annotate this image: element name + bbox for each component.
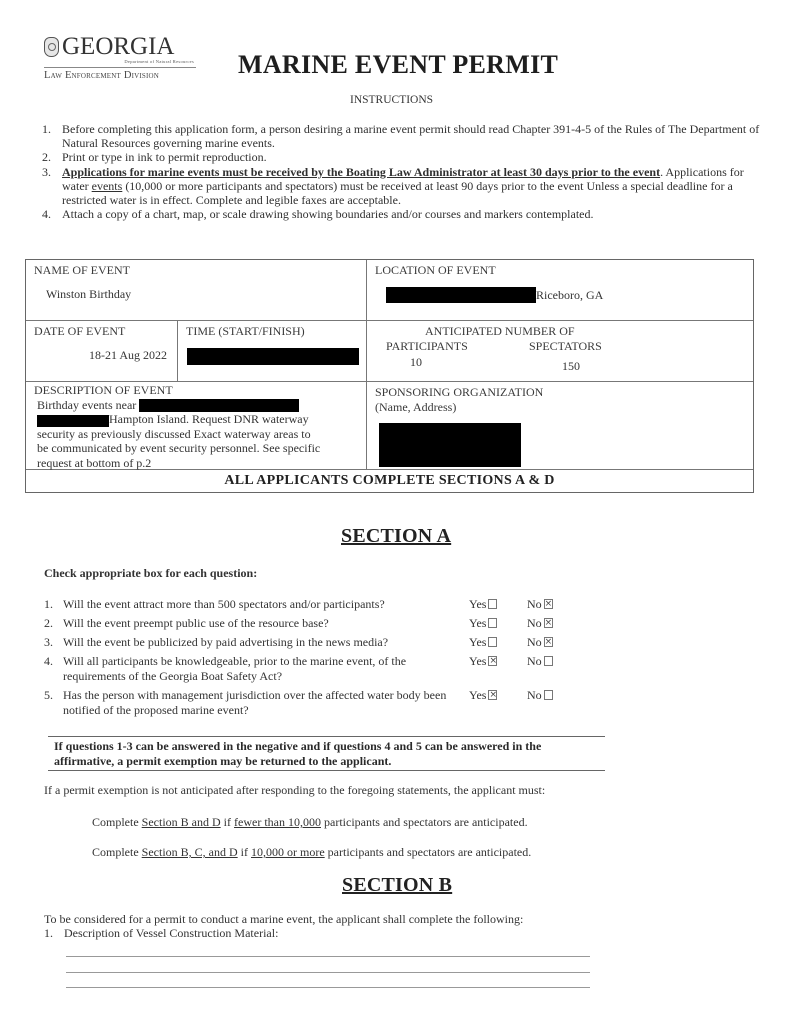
logo-division: Law Enforcement Division bbox=[44, 70, 196, 81]
georgia-dnr-logo: GEORGIA Department of Natural Resources … bbox=[44, 36, 196, 81]
question-row: 5.Has the person with management jurisdi… bbox=[44, 688, 604, 718]
no-label: No bbox=[527, 597, 542, 612]
question-text: Will the event be publicized by paid adv… bbox=[63, 635, 469, 650]
instruction-number: 3. bbox=[42, 165, 62, 208]
question-row: 2.Will the event preempt public use of t… bbox=[44, 616, 604, 631]
spectators-value: 150 bbox=[562, 359, 580, 374]
question-row: 1.Will the event attract more than 500 s… bbox=[44, 597, 604, 612]
complete-mid: if bbox=[238, 845, 251, 859]
table-row: NAME OF EVENT Winston Birthday LOCATION … bbox=[26, 260, 753, 321]
name-of-event-cell[interactable]: NAME OF EVENT Winston Birthday bbox=[26, 260, 367, 320]
instruction-text: Attach a copy of a chart, map, or scale … bbox=[62, 207, 594, 221]
no-label: No bbox=[527, 635, 542, 650]
anticipated-label: ANTICIPATED NUMBER OF bbox=[425, 324, 745, 339]
yes-label: Yes bbox=[469, 654, 486, 669]
yes-label: Yes bbox=[469, 635, 486, 650]
yes-option[interactable]: Yes bbox=[469, 597, 527, 612]
question-text: Will the event preempt public use of the… bbox=[63, 616, 469, 631]
location-of-event-label: LOCATION OF EVENT bbox=[375, 263, 745, 278]
description-cell[interactable]: DESCRIPTION OF EVENT Birthday events nea… bbox=[26, 382, 367, 469]
yes-option[interactable]: Yes bbox=[469, 616, 527, 631]
sections-link: Section B, C, and D bbox=[142, 845, 238, 859]
no-label: No bbox=[527, 616, 542, 631]
instruction-number: 4. bbox=[42, 207, 62, 221]
item-number: 1. bbox=[44, 926, 64, 940]
complete-b-d-text: Complete Section B and D if fewer than 1… bbox=[92, 815, 528, 830]
yes-option[interactable]: Yes× bbox=[469, 654, 527, 684]
instruction-number: 1. bbox=[42, 122, 62, 150]
question-number: 1. bbox=[44, 597, 63, 612]
instructions-heading: INSTRUCTIONS bbox=[350, 94, 433, 106]
name-of-event-value: Winston Birthday bbox=[46, 287, 358, 302]
section-b-intro-text: To be considered for a permit to conduct… bbox=[44, 912, 523, 926]
sponsoring-redaction bbox=[379, 423, 521, 467]
complete-suffix: participants and spectators are anticipa… bbox=[321, 815, 528, 829]
description-line-1: Birthday events near bbox=[37, 398, 136, 412]
yes-option[interactable]: Yes× bbox=[469, 688, 527, 718]
yes-no-group: Yes×No bbox=[469, 688, 604, 718]
empty-box-icon[interactable] bbox=[544, 656, 553, 666]
section-b-intro: To be considered for a permit to conduct… bbox=[44, 912, 523, 940]
question-row: 4.Will all participants be knowledgeable… bbox=[44, 654, 604, 684]
question-row: 3.Will the event be publicized by paid a… bbox=[44, 635, 604, 650]
sponsoring-sublabel: (Name, Address) bbox=[375, 400, 745, 415]
date-of-event-cell[interactable]: DATE OF EVENT 18-21 Aug 2022 bbox=[26, 321, 178, 381]
description-redaction-2 bbox=[37, 415, 109, 427]
section-a-questions: 1.Will the event attract more than 500 s… bbox=[44, 597, 604, 722]
instruction-item: 4.Attach a copy of a chart, map, or scal… bbox=[42, 207, 762, 221]
checked-box-icon[interactable]: × bbox=[488, 690, 497, 700]
table-row: ALL APPLICANTS COMPLETE SECTIONS A & D bbox=[26, 470, 753, 492]
question-number: 5. bbox=[44, 688, 63, 718]
empty-box-icon[interactable] bbox=[488, 599, 497, 609]
condition-text: 10,000 or more bbox=[251, 845, 325, 859]
instructions-list: 1.Before completing this application for… bbox=[42, 122, 762, 221]
yes-label: Yes bbox=[469, 616, 486, 631]
location-redaction bbox=[386, 287, 536, 303]
question-text: Has the person with management jurisdict… bbox=[63, 688, 469, 718]
checked-box-icon[interactable]: × bbox=[544, 637, 553, 647]
yes-no-group: Yes×No bbox=[469, 654, 604, 684]
logo-name: GEORGIA bbox=[62, 36, 175, 58]
no-label: No bbox=[527, 654, 542, 669]
name-of-event-label: NAME OF EVENT bbox=[34, 263, 358, 278]
instruction-item: 2.Print or type in ink to permit reprodu… bbox=[42, 150, 762, 164]
description-label: DESCRIPTION OF EVENT bbox=[34, 383, 358, 398]
description-line-4: be communicated by event security person… bbox=[37, 441, 358, 456]
question-number: 3. bbox=[44, 635, 63, 650]
instruction-text-part: events bbox=[92, 179, 123, 193]
complete-prefix: Complete bbox=[92, 815, 142, 829]
description-line-5: request at bottom of p.2 bbox=[37, 456, 358, 471]
yes-label: Yes bbox=[469, 688, 486, 703]
complete-prefix: Complete bbox=[92, 845, 142, 859]
spectators-label: SPECTATORS bbox=[529, 339, 602, 354]
vessel-material-line-2[interactable] bbox=[66, 972, 590, 973]
instruction-text-part: (10,000 or more participants and spectat… bbox=[62, 179, 733, 207]
empty-box-icon[interactable] bbox=[544, 690, 553, 700]
complete-mid: if bbox=[221, 815, 234, 829]
question-number: 4. bbox=[44, 654, 63, 684]
empty-box-icon[interactable] bbox=[488, 637, 497, 647]
time-redaction bbox=[187, 348, 359, 365]
description-line-2: Hampton Island. Request DNR waterway bbox=[109, 412, 309, 426]
vessel-material-line-3[interactable] bbox=[66, 987, 590, 988]
page-title: MARINE EVENT PERMIT bbox=[238, 50, 558, 80]
no-option[interactable]: No bbox=[527, 688, 585, 718]
instruction-item: 3.Applications for marine events must be… bbox=[42, 165, 762, 208]
logo-divider bbox=[44, 67, 196, 68]
section-b-heading: SECTION B bbox=[342, 874, 452, 897]
question-text: Will the event attract more than 500 spe… bbox=[63, 597, 469, 612]
yes-label: Yes bbox=[469, 597, 486, 612]
check-instruction: Check appropriate box for each question: bbox=[44, 566, 257, 581]
description-line-3: security as previously discussed Exact w… bbox=[37, 427, 358, 442]
empty-box-icon[interactable] bbox=[488, 618, 497, 628]
checked-box-icon[interactable]: × bbox=[544, 618, 553, 628]
no-option[interactable]: No× bbox=[527, 616, 585, 631]
participants-value: 10 bbox=[410, 355, 562, 374]
instruction-text: Applications for marine events must be r… bbox=[62, 165, 762, 208]
instruction-text-part: Print or type in ink to permit reproduct… bbox=[62, 150, 267, 164]
location-value: Riceboro, GA bbox=[536, 288, 603, 303]
no-option[interactable]: No× bbox=[527, 635, 585, 650]
time-cell[interactable]: TIME (START/FINISH) bbox=[178, 321, 367, 381]
instruction-text-part: Applications for marine events must be r… bbox=[62, 165, 660, 179]
vessel-material-line-1[interactable] bbox=[66, 956, 590, 957]
complete-b-c-d-text: Complete Section B, C, and D if 10,000 o… bbox=[92, 845, 531, 860]
table-row: DESCRIPTION OF EVENT Birthday events nea… bbox=[26, 382, 753, 470]
sponsoring-label: SPONSORING ORGANIZATION bbox=[375, 385, 745, 400]
date-of-event-label: DATE OF EVENT bbox=[34, 324, 169, 339]
complete-suffix: participants and spectators are anticipa… bbox=[325, 845, 532, 859]
instruction-text: Print or type in ink to permit reproduct… bbox=[62, 150, 267, 164]
description-redaction-1 bbox=[139, 399, 299, 412]
question-text: Will all participants be knowledgeable, … bbox=[63, 654, 469, 684]
yes-no-group: YesNo× bbox=[469, 616, 604, 631]
anticipated-number-cell[interactable]: ANTICIPATED NUMBER OF PARTICIPANTS SPECT… bbox=[367, 321, 753, 381]
checked-box-icon[interactable]: × bbox=[544, 599, 553, 609]
no-option[interactable]: No× bbox=[527, 597, 585, 612]
exemption-note: If questions 1-3 can be answered in the … bbox=[48, 736, 605, 771]
badge-icon bbox=[44, 37, 59, 57]
location-of-event-cell[interactable]: LOCATION OF EVENT Riceboro, GA bbox=[367, 260, 753, 320]
instruction-item: 1.Before completing this application for… bbox=[42, 122, 762, 150]
sponsoring-organization-cell[interactable]: SPONSORING ORGANIZATION (Name, Address) bbox=[367, 382, 753, 469]
yes-no-group: YesNo× bbox=[469, 597, 604, 612]
checked-box-icon[interactable]: × bbox=[488, 656, 497, 666]
instruction-text-part: Attach a copy of a chart, map, or scale … bbox=[62, 207, 594, 221]
instruction-text-part: Before completing this application form,… bbox=[62, 122, 759, 150]
event-info-table: NAME OF EVENT Winston Birthday LOCATION … bbox=[25, 259, 754, 493]
sections-link: Section B and D bbox=[142, 815, 221, 829]
no-option[interactable]: No bbox=[527, 654, 585, 684]
instruction-number: 2. bbox=[42, 150, 62, 164]
date-of-event-value: 18-21 Aug 2022 bbox=[34, 348, 169, 363]
table-row: DATE OF EVENT 18-21 Aug 2022 TIME (START… bbox=[26, 321, 753, 382]
yes-option[interactable]: Yes bbox=[469, 635, 527, 650]
question-number: 2. bbox=[44, 616, 63, 631]
no-label: No bbox=[527, 688, 542, 703]
condition-text: fewer than 10,000 bbox=[234, 815, 321, 829]
instruction-text: Before completing this application form,… bbox=[62, 122, 762, 150]
time-label: TIME (START/FINISH) bbox=[186, 324, 358, 339]
participants-label: PARTICIPANTS bbox=[386, 339, 529, 354]
all-applicants-note: ALL APPLICANTS COMPLETE SECTIONS A & D bbox=[224, 473, 554, 489]
vessel-material-label: Description of Vessel Construction Mater… bbox=[64, 926, 278, 940]
if-not-exempt-text: If a permit exemption is not anticipated… bbox=[44, 783, 545, 798]
section-a-heading: SECTION A bbox=[341, 525, 451, 548]
yes-no-group: YesNo× bbox=[469, 635, 604, 650]
